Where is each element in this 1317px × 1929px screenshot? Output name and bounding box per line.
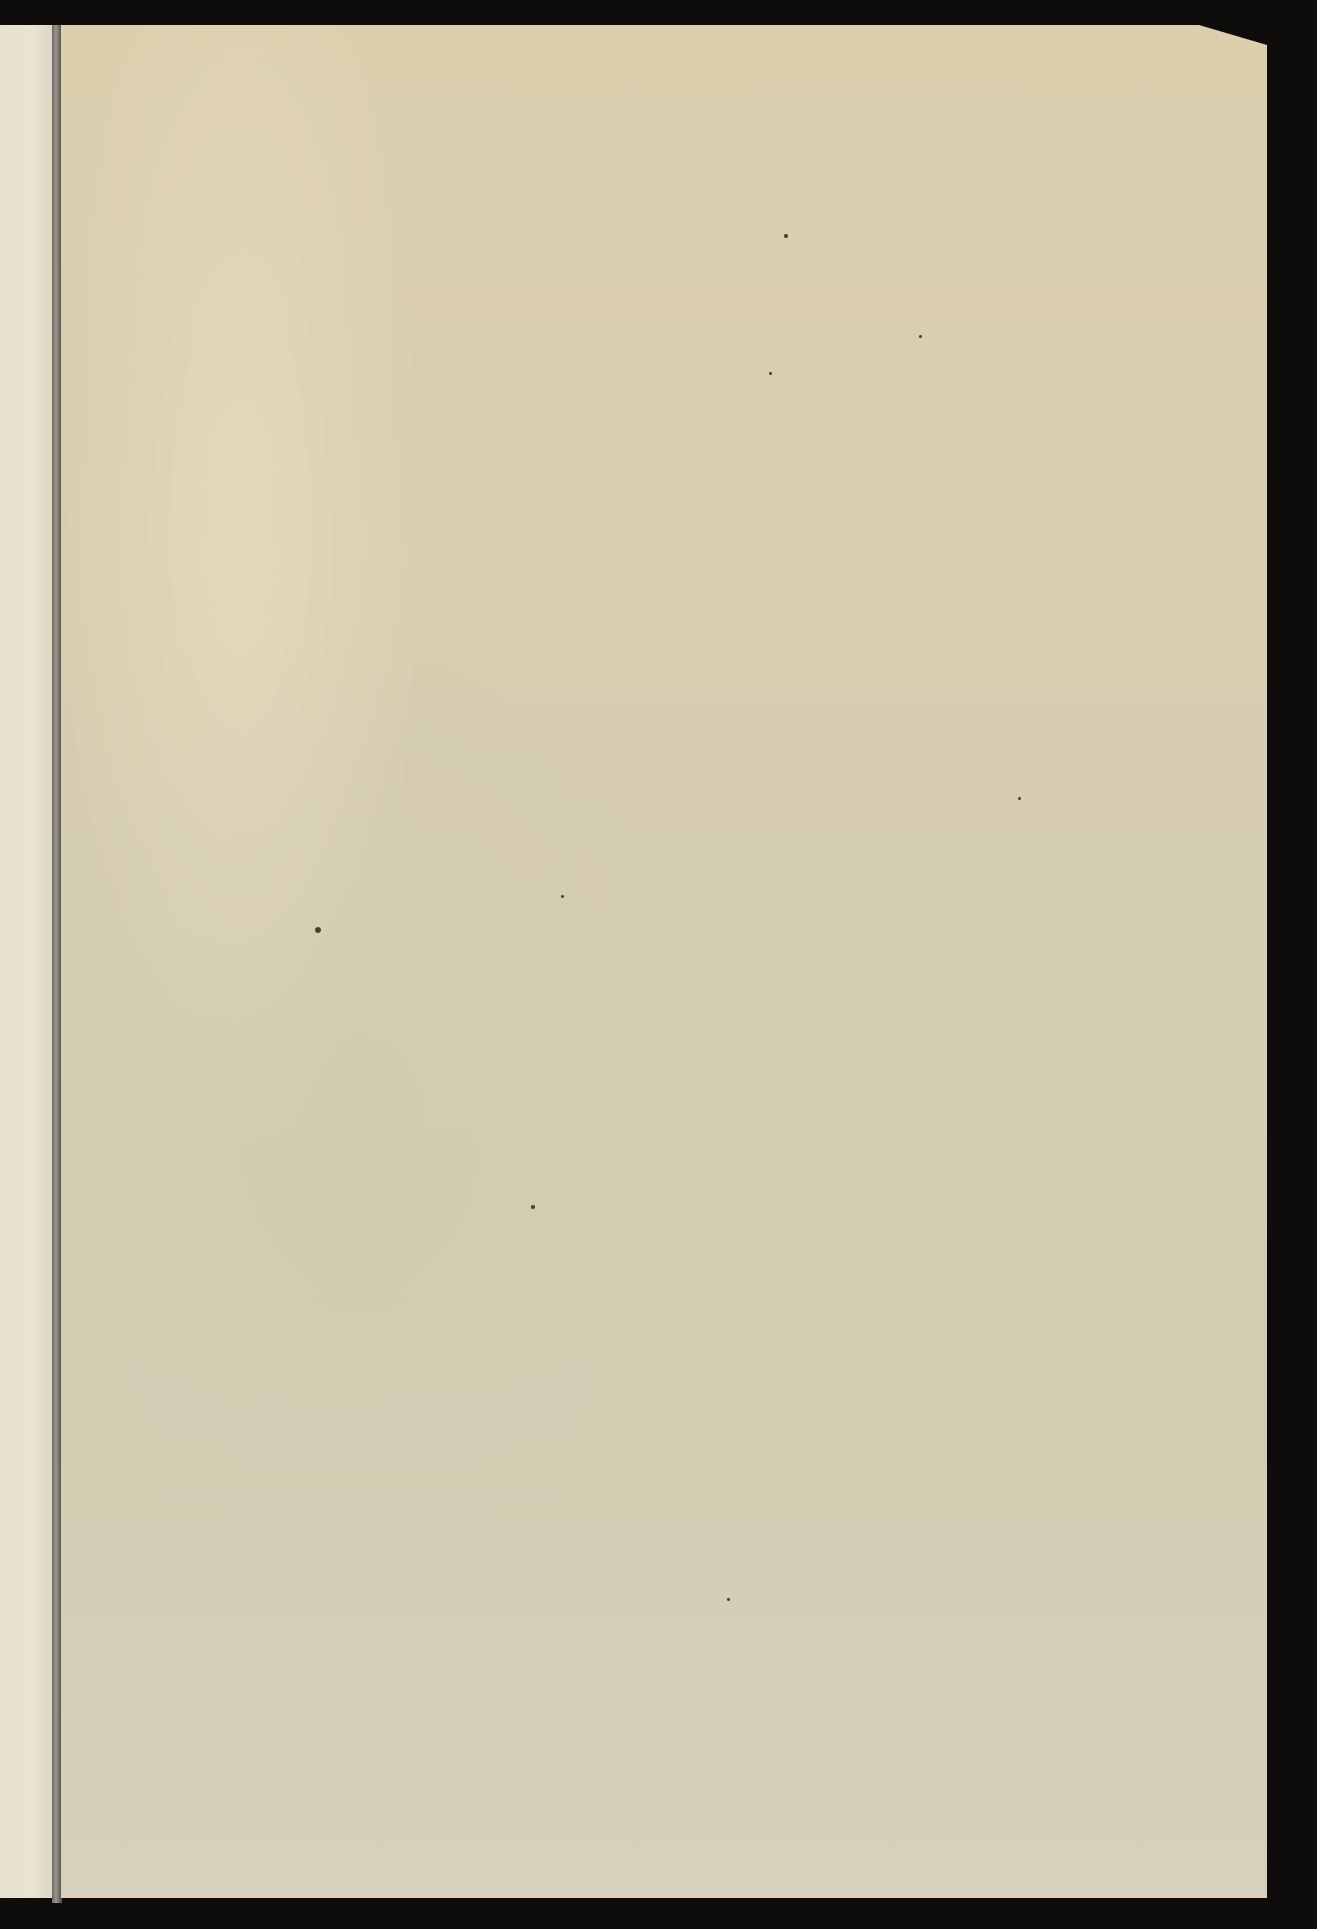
foxing-speck (784, 234, 788, 238)
book-gutter (52, 25, 62, 1903)
blank-page (61, 25, 1267, 1898)
foxing-speck (561, 895, 564, 898)
foxing-speck (769, 372, 772, 375)
foxing-speck (1018, 797, 1021, 800)
foxing-speck (727, 1598, 730, 1601)
foxing-speck (315, 927, 321, 933)
adjacent-page-edge (0, 25, 52, 1898)
scanned-book-spread (0, 0, 1317, 1929)
foxing-speck (531, 1205, 535, 1209)
foxing-speck (919, 335, 922, 338)
